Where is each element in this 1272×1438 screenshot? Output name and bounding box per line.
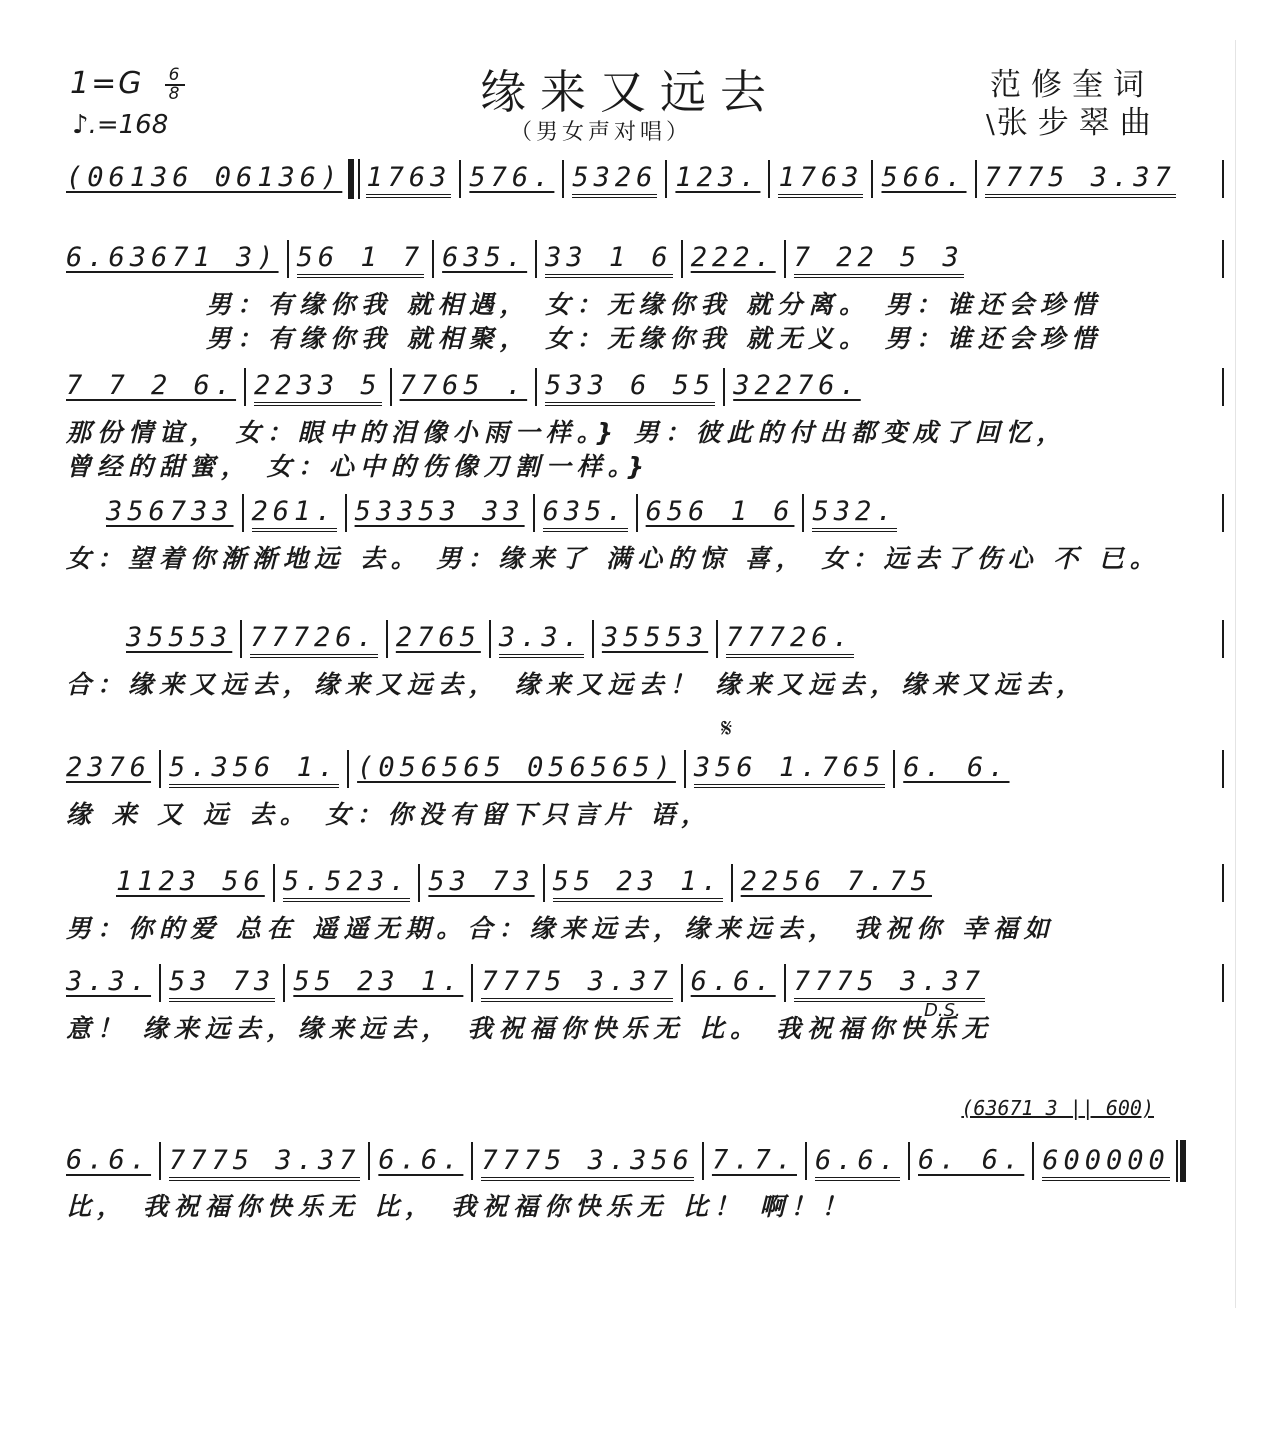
segno-sign: 𝄋 <box>721 714 732 745</box>
measure: 77726. <box>726 622 854 658</box>
barline <box>784 964 786 1002</box>
barline <box>159 1142 161 1180</box>
notation-line: 3.3.53 7355 23 1.7775 3.376.6.7775 3.37 <box>66 962 1224 1002</box>
score-system: 356733261.53353 33635.656 1 6532.女：望着你渐渐… <box>66 492 1224 576</box>
credits: 范修奎词 张步翠曲 <box>990 66 1161 144</box>
barline <box>562 160 564 198</box>
measure: 5.523. <box>283 866 411 902</box>
measure: 5.356 1. <box>169 752 339 788</box>
measure: 222. <box>691 242 776 273</box>
score-system: 6.63671 3)56 1 7635.33 1 6222.7 22 5 3男：… <box>66 238 1224 356</box>
measure: 6.6. <box>66 1145 151 1176</box>
measure: 7775 3.37 <box>794 966 985 1002</box>
barline <box>535 368 537 406</box>
measure: 123. <box>675 162 760 193</box>
measure: 7 22 5 3 <box>794 242 964 278</box>
lyrics-line: 女：望着你渐渐地远 去。 男：缘来了 满心的惊 喜， 女：远去了伤心 不 已。 <box>66 542 1224 576</box>
barline <box>1222 964 1224 1002</box>
measure: 533 6 55 <box>545 370 715 406</box>
measure: 1123 56 <box>116 866 265 897</box>
barline <box>471 1142 473 1180</box>
measure: 33 1 6 <box>545 242 673 278</box>
key-signature: 1=G 6 8 <box>70 66 185 102</box>
barline <box>784 240 786 278</box>
barline <box>533 494 535 532</box>
measure: 1763 <box>366 162 451 198</box>
coda-alternate-ending: (63671 3 || 600) <box>961 1096 1154 1120</box>
barline <box>368 1142 370 1180</box>
barline <box>244 368 246 406</box>
measure: 55 23 1. <box>553 866 723 902</box>
measure: 1763 <box>778 162 863 198</box>
barline <box>1222 750 1224 788</box>
lyrics-line: 那份情谊， 女：眼中的泪像小雨一样。} 男：彼此的付出都变成了回忆， <box>66 416 1224 450</box>
lyrics-line: 比， 我祝福你快乐无 比， 我祝福你快乐无 比！ 啊！！ <box>66 1190 1224 1224</box>
lyrics-line: 意！ 缘来远去，缘来远去， 我祝福你快乐无 比。 我祝福你快乐无 <box>66 1012 1224 1046</box>
notation-line: 356733261.53353 33635.656 1 6532. <box>66 492 1224 532</box>
barline <box>1222 494 1224 532</box>
barline <box>665 160 667 198</box>
measure: 532. <box>812 496 897 532</box>
measure: 56 1 7 <box>297 242 425 278</box>
measure: 635. <box>543 496 628 532</box>
barline <box>345 494 347 532</box>
barline <box>871 160 873 198</box>
score-system: 3.3.53 7355 23 1.7775 3.376.6.7775 3.37D… <box>66 962 1224 1046</box>
key-text: 1=G <box>70 66 143 101</box>
score-system: (06136 06136)1763576.5326123.1763566.777… <box>66 158 1224 198</box>
measure: 32276. <box>733 370 861 401</box>
measure: 6. 6. <box>903 752 1009 783</box>
barline <box>1222 368 1224 406</box>
measure: 35553 <box>126 622 232 653</box>
barline <box>348 159 360 199</box>
measure: 3.3. <box>66 966 151 997</box>
notation-line: 3555377726.27653.3.3555377726. <box>66 618 1224 658</box>
measure: 2256 7.75 <box>741 866 932 897</box>
barline <box>893 750 895 788</box>
barline <box>1222 620 1224 658</box>
notation-line: (06136 06136)1763576.5326123.1763566.777… <box>66 158 1224 198</box>
measure: 53353 33 <box>355 496 525 527</box>
tempo-marking: ♪.=168 <box>72 110 168 140</box>
barline <box>716 620 718 658</box>
notation-line: 7 7 2 6.2233 57765 .533 6 5532276. <box>66 366 1224 406</box>
measure: 53 73 <box>428 866 534 897</box>
measure: 6.6. <box>378 1145 463 1176</box>
song-title: 缘来又远去 <box>480 56 780 122</box>
barline <box>242 494 244 532</box>
barline <box>684 750 686 788</box>
barline <box>592 620 594 658</box>
measure: 7775 3.37 <box>169 1145 360 1181</box>
measure: 7775 3.37 <box>985 162 1176 198</box>
measure: 635. <box>442 242 527 273</box>
barline <box>805 1142 807 1180</box>
lyrics-line: 缘 来 又 远 去。 女：你没有留下只言片 语， <box>66 798 1224 832</box>
notation-line: 23765.356 1.(056565 056565)356 1.7656. 6… <box>66 748 1224 788</box>
measure: 3.3. <box>499 622 584 658</box>
barline <box>273 864 275 902</box>
measure: 356 1.765 <box>694 752 885 788</box>
measure: 7.7. <box>712 1145 797 1176</box>
barline <box>702 1142 704 1180</box>
barline <box>908 1142 910 1180</box>
lyrics-line: 男：你的爱 总在 遥遥无期。合：缘来远去，缘来远去， 我祝你 幸福如 <box>66 912 1224 946</box>
measure: (056565 056565) <box>357 752 676 783</box>
barline <box>535 240 537 278</box>
barline <box>159 750 161 788</box>
measure: (06136 06136) <box>66 162 342 193</box>
measure: 6.6. <box>815 1145 900 1181</box>
measure: 2376 <box>66 752 151 783</box>
score-system: (63671 3 || 600)6.6.7775 3.376.6.7775 3.… <box>66 1140 1224 1224</box>
barline <box>543 864 545 902</box>
lyrics-line: 曾经的甜蜜， 女：心中的伤像刀割一样。} <box>66 450 1224 484</box>
barline <box>287 240 289 278</box>
measure: 2233 5 <box>254 370 382 406</box>
measure: 261. <box>252 496 337 532</box>
measure: 7775 3.356 <box>481 1145 694 1181</box>
barline <box>459 160 461 198</box>
barline <box>347 750 349 788</box>
time-signature-top: 6 <box>165 68 185 83</box>
score-system: 1123 565.523.53 7355 23 1.2256 7.75男：你的爱… <box>66 862 1224 946</box>
score-system: 7 7 2 6.2233 57765 .533 6 5532276.那份情谊， … <box>66 366 1224 484</box>
barline <box>723 368 725 406</box>
time-signature-bottom: 8 <box>165 87 185 102</box>
barline <box>1222 864 1224 902</box>
measure: 35553 <box>602 622 708 653</box>
measure: 5326 <box>572 162 657 198</box>
barline <box>1222 240 1224 278</box>
barline <box>681 964 683 1002</box>
barline <box>418 864 420 902</box>
measure: 600000 <box>1042 1145 1170 1181</box>
notation-line: 6.6.7775 3.376.6.7775 3.3567.7.6.6.6. 6.… <box>66 1140 1224 1180</box>
lyricist-credit: 范修奎词 <box>990 66 1161 104</box>
barline <box>240 620 242 658</box>
barline <box>432 240 434 278</box>
composer-credit: 张步翠曲 <box>986 104 1161 144</box>
measure: 2765 <box>396 622 481 653</box>
measure: 53 73 <box>169 966 275 1002</box>
score-system: 𝄋23765.356 1.(056565 056565)356 1.7656. … <box>66 748 1224 832</box>
final-barline <box>1176 1140 1186 1182</box>
measure: 566. <box>881 162 966 193</box>
measure: 7775 3.37 <box>481 966 672 1002</box>
measure: 6.63671 3) <box>66 242 279 273</box>
barline <box>1032 1142 1034 1180</box>
barline <box>731 864 733 902</box>
barline <box>768 160 770 198</box>
barline <box>159 964 161 1002</box>
barline <box>390 368 392 406</box>
measure: 6.6. <box>691 966 776 997</box>
barline <box>1222 160 1224 198</box>
barline <box>283 964 285 1002</box>
barline <box>975 160 977 198</box>
measure: 77726. <box>250 622 378 658</box>
measure: 55 23 1. <box>293 966 463 997</box>
barline <box>386 620 388 658</box>
score-system: 3555377726.27653.3.3555377726.合：缘来又远去，缘来… <box>66 618 1224 702</box>
measure: 6. 6. <box>918 1145 1024 1176</box>
barline <box>681 240 683 278</box>
measure: 356733 <box>106 496 234 527</box>
barline <box>489 620 491 658</box>
time-signature: 6 8 <box>165 68 185 102</box>
measure: 576. <box>469 162 554 193</box>
dal-segno-label: D.S. <box>924 1000 961 1021</box>
song-subtitle: （男女声对唱） <box>510 115 692 146</box>
lyrics-line: 合：缘来又远去，缘来又远去， 缘来又远去！ 缘来又远去，缘来又远去， <box>66 668 1224 702</box>
measure: 656 1 6 <box>646 496 795 527</box>
barline <box>802 494 804 532</box>
lyrics-line: 男：有缘你我 就相聚， 女：无缘你我 就无义。 男：谁还会珍惜 <box>66 322 1224 356</box>
barline <box>636 494 638 532</box>
lyrics-line: 男：有缘你我 就相遇， 女：无缘你我 就分离。 男：谁还会珍惜 <box>66 288 1224 322</box>
notation-line: 6.63671 3)56 1 7635.33 1 6222.7 22 5 3 <box>66 238 1224 278</box>
page-edge <box>1235 40 1236 1308</box>
measure: 7 7 2 6. <box>66 370 236 401</box>
measure: 7765 . <box>400 370 528 401</box>
notation-line: 1123 565.523.53 7355 23 1.2256 7.75 <box>66 862 1224 902</box>
barline <box>471 964 473 1002</box>
